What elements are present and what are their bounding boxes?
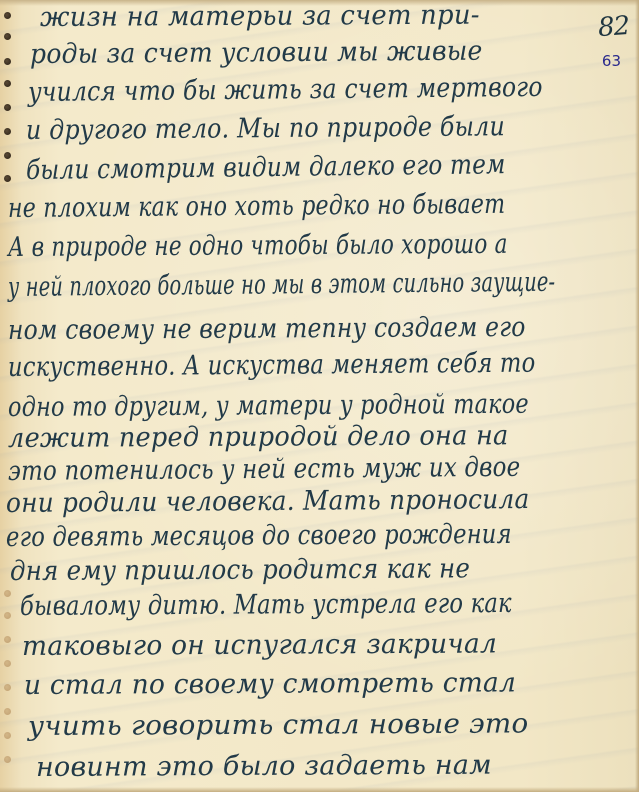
- text-line: у ней плохого больше но мы в этом сильно…: [8, 267, 555, 303]
- text-line: его девять месяцов до своего рождения: [6, 519, 512, 553]
- text-line: новинт это было задаеть нам: [36, 750, 492, 783]
- text-line: одно то другим, у матери у родной такое: [8, 389, 529, 423]
- text-line: и другого тело. Мы по природе были: [26, 111, 505, 146]
- text-line: это потенилось у ней есть муж их двое: [8, 452, 521, 487]
- text-line: А в природе не одно чтобы было хорошо а: [8, 229, 508, 263]
- text-line: учить говорить стал новые это: [28, 708, 529, 742]
- text-line: и стал по своему смотреть стал: [24, 667, 516, 701]
- text-line: не плохим как оно хоть редко но бывает: [8, 189, 505, 224]
- handwritten-text-body: жизн на матерьи за счет при- роды за сче…: [0, 0, 639, 792]
- text-line: бывалому дитю. Мать устрела его как: [20, 588, 512, 622]
- text-line: были смотрим видим далеко его тем: [26, 149, 506, 186]
- text-line: они родили человека. Мать проносила: [6, 484, 530, 519]
- text-line: дня ему пришлось родится как не: [10, 553, 470, 587]
- text-line: учился что бы жить за счет мертвого: [28, 72, 543, 108]
- text-line: искуственно. А искуства меняет себя то: [8, 348, 536, 383]
- text-line: таковыго он испугался закричал: [22, 628, 497, 662]
- text-line: лежит перед природой дело она на: [8, 420, 509, 454]
- text-line: ном своему не верим тепну создаем его: [8, 312, 526, 346]
- notebook-page: 82 63 жизн на матерьи за счет при- роды …: [0, 0, 639, 792]
- text-line: роды за счет условии мы живые: [30, 36, 483, 70]
- text-line: жизн на матерьи за счет при-: [40, 0, 480, 33]
